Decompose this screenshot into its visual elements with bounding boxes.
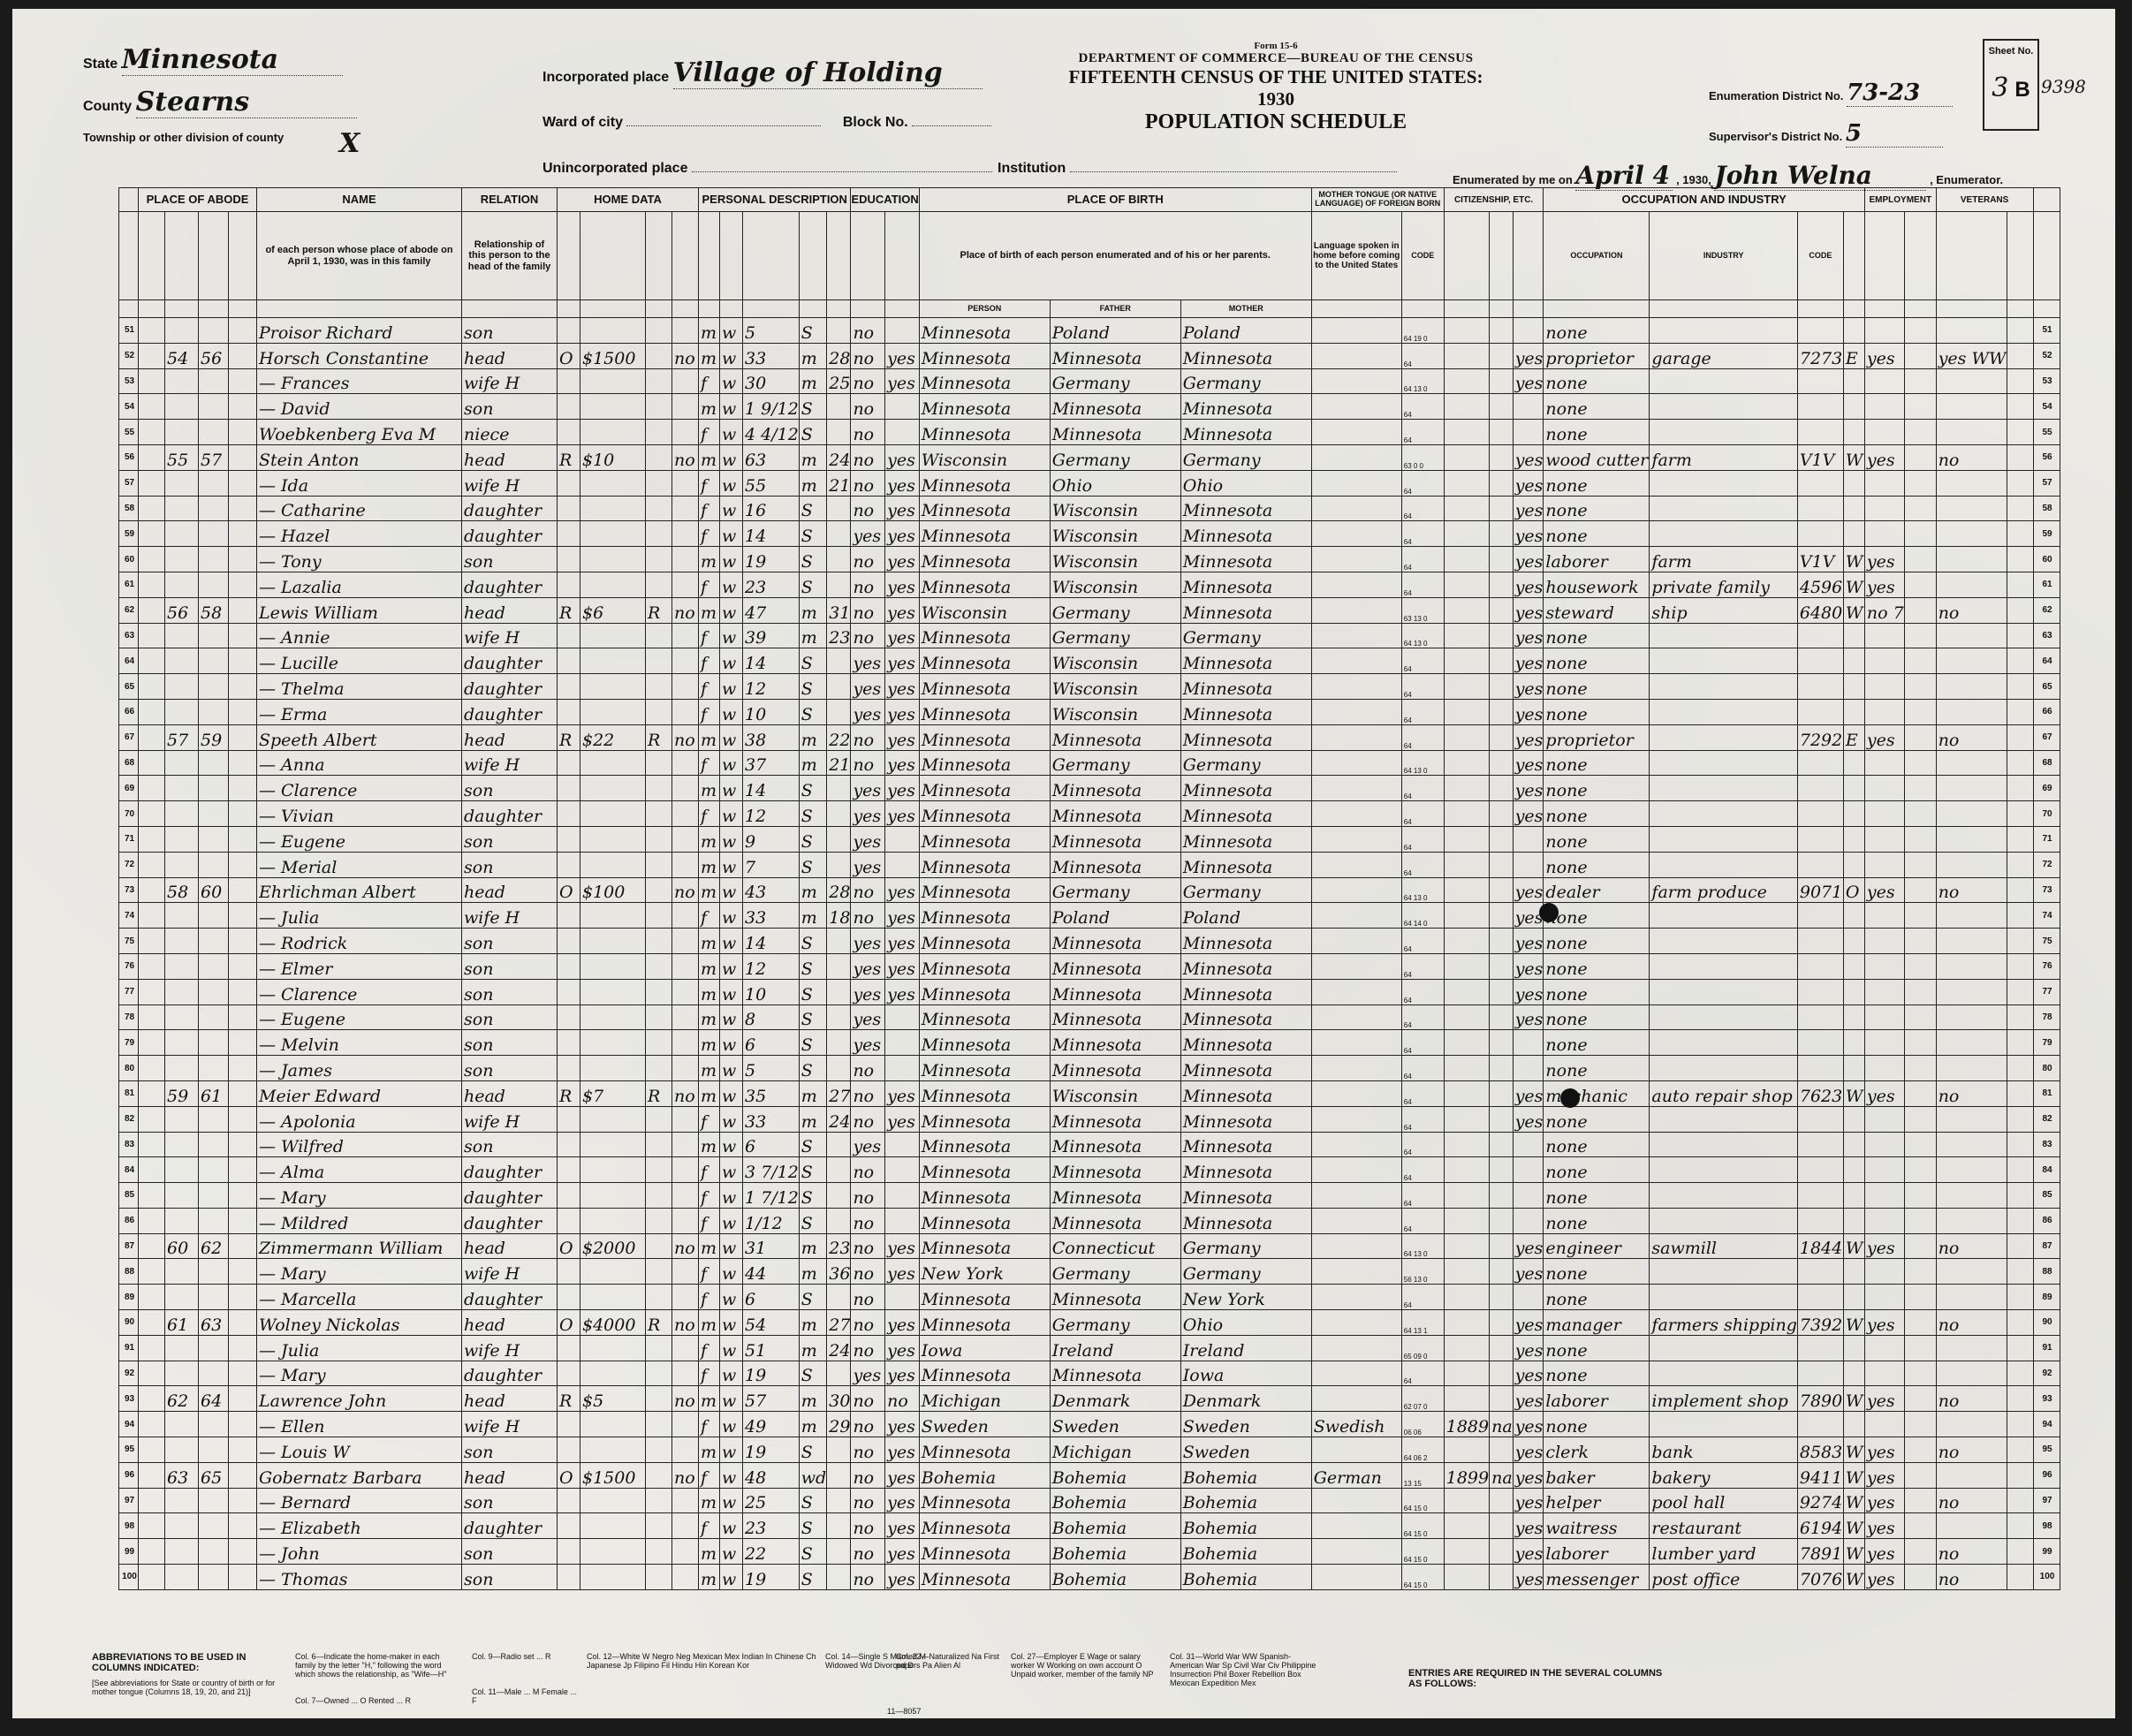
cell-sex: m xyxy=(699,953,720,979)
cell-rel: wife H xyxy=(462,1106,558,1132)
cell-occode xyxy=(1797,1412,1843,1437)
cell-dw xyxy=(165,801,199,827)
cell-nat xyxy=(1490,826,1514,852)
cell-name: — Hazel xyxy=(257,521,462,547)
cell-fam xyxy=(199,394,229,420)
cell-fam xyxy=(199,572,229,597)
cell-pob: New York xyxy=(919,1259,1050,1285)
cell-fpob: Minnesota xyxy=(1050,1157,1180,1183)
cell-nat xyxy=(1490,1437,1514,1463)
group-occupation: OCCUPATION AND INDUSTRY xyxy=(1544,188,1864,212)
cell-tongue xyxy=(1311,1233,1401,1259)
cell-dw xyxy=(165,903,199,929)
cell-mpob: Minnesota xyxy=(1180,496,1311,521)
cell-imm xyxy=(1444,343,1489,368)
cell-nat: na xyxy=(1490,1462,1514,1488)
cell-code: 64 xyxy=(1401,776,1444,801)
cell-fam: 58 xyxy=(199,597,229,623)
cell-race: w xyxy=(720,572,743,597)
cell-read: yes xyxy=(885,724,920,750)
cell-fam xyxy=(199,1004,229,1030)
cell-line: 52 xyxy=(119,343,139,368)
cell-code: 64 15 0 xyxy=(1401,1539,1444,1565)
cell-mar: m xyxy=(799,1386,826,1412)
cell-cls: W xyxy=(1843,1565,1864,1590)
cell-imm xyxy=(1444,1310,1489,1336)
cell-val: $10 xyxy=(580,444,646,470)
cell-age: 10 xyxy=(743,979,800,1004)
ed-label: Enumeration District No. xyxy=(1709,89,1843,102)
cell-dw xyxy=(165,496,199,521)
census-table: PLACE OF ABODE NAME RELATION HOME DATA P… xyxy=(118,187,2060,1590)
cell-dw: 55 xyxy=(165,444,199,470)
cell-line: 55 xyxy=(119,420,139,445)
cell-code: 64 xyxy=(1401,1208,1444,1233)
cell-pob: Sweden xyxy=(919,1412,1050,1437)
cell-empty xyxy=(2007,699,2033,724)
cell-vet xyxy=(1936,1285,2007,1310)
enumerated-label: Enumerated by me on xyxy=(1453,173,1573,186)
cell-sex: f xyxy=(699,470,720,496)
cell-tongue xyxy=(1311,1208,1401,1233)
cell-work xyxy=(1864,1004,1904,1030)
cell-age: 54 xyxy=(743,1310,800,1336)
cell-empty xyxy=(229,674,257,700)
cell-age: 6 xyxy=(743,1132,800,1157)
cell-pob: Minnesota xyxy=(919,648,1050,674)
cell-race: w xyxy=(720,1233,743,1259)
cell-own: O xyxy=(558,877,580,903)
cell-tongue xyxy=(1311,1030,1401,1056)
cell-empty xyxy=(2007,444,2033,470)
cell-eng: yes xyxy=(1513,597,1544,623)
cell-code: 64 xyxy=(1401,1030,1444,1056)
cell-vet xyxy=(1936,826,2007,852)
cell-dw: 54 xyxy=(165,343,199,368)
cell-imm xyxy=(1444,496,1489,521)
cell-occode xyxy=(1797,368,1843,394)
cell-sch: no xyxy=(851,572,885,597)
cell-race: w xyxy=(720,801,743,827)
cell-sch: no xyxy=(851,1106,885,1132)
cell-vet: no xyxy=(1936,724,2007,750)
cell-pob: Minnesota xyxy=(919,724,1050,750)
cell-empty xyxy=(139,1565,165,1590)
cell-age: 39 xyxy=(743,623,800,648)
cell-fpob: Minnesota xyxy=(1050,1106,1180,1132)
cell-occode xyxy=(1797,1285,1843,1310)
cell-vet: no xyxy=(1936,1233,2007,1259)
cell-imm xyxy=(1444,929,1489,954)
cell-sch: yes xyxy=(851,521,885,547)
cell-val xyxy=(580,1361,646,1386)
cell-empty xyxy=(229,521,257,547)
cell-cls xyxy=(1843,826,1864,852)
cell-sex: m xyxy=(699,1030,720,1056)
cell-read: yes xyxy=(885,1080,920,1106)
cell-occ: none xyxy=(1544,852,1650,877)
cell-dw xyxy=(165,470,199,496)
cell-age: 14 xyxy=(743,648,800,674)
cell-imm xyxy=(1444,547,1489,572)
cell-ind xyxy=(1650,852,1797,877)
cell-agem xyxy=(827,1565,851,1590)
cell-agem: 22 xyxy=(827,724,851,750)
cell-occode: 9274 xyxy=(1797,1488,1843,1513)
cell-code: 64 14 0 xyxy=(1401,903,1444,929)
cell-eng: yes xyxy=(1513,547,1544,572)
cell-occ: helper xyxy=(1544,1488,1650,1513)
cell-line: 54 xyxy=(2033,394,2060,420)
cell-empty xyxy=(229,1030,257,1056)
cell-line: 81 xyxy=(2033,1080,2060,1106)
ward-label: Ward of city xyxy=(542,115,623,130)
cell-eng: yes xyxy=(1513,648,1544,674)
cell-mpob: Minnesota xyxy=(1180,572,1311,597)
cell-tongue xyxy=(1311,1488,1401,1513)
cell-race: w xyxy=(720,1056,743,1081)
cell-vet xyxy=(1936,1056,2007,1081)
cell-read: yes xyxy=(885,1310,920,1336)
cell-code: 64 13 1 xyxy=(1401,1310,1444,1336)
cell-rel: daughter xyxy=(462,1157,558,1183)
cell-fam xyxy=(199,929,229,954)
cell-empty xyxy=(2007,776,2033,801)
cell-code: 64 xyxy=(1401,572,1444,597)
cell-empty xyxy=(2007,953,2033,979)
cell-tongue xyxy=(1311,801,1401,827)
cell-code: 64 xyxy=(1401,979,1444,1004)
cell-work xyxy=(1864,368,1904,394)
cell-work: yes xyxy=(1864,444,1904,470)
cell-own: R xyxy=(558,444,580,470)
cell-sch: yes xyxy=(851,979,885,1004)
cell-pob: Minnesota xyxy=(919,1183,1050,1209)
cell-nat xyxy=(1490,903,1514,929)
cell-radio xyxy=(646,1208,672,1233)
cell-code: 64 xyxy=(1401,521,1444,547)
cell-own xyxy=(558,648,580,674)
cell-farm xyxy=(672,1412,699,1437)
cell-sch: no xyxy=(851,1183,885,1209)
cell-fpob: Wisconsin xyxy=(1050,572,1180,597)
cell-nat xyxy=(1490,724,1514,750)
unincorporated-field: Unincorporated place xyxy=(542,161,992,177)
cell-cls xyxy=(1843,801,1864,827)
cell-race: w xyxy=(720,420,743,445)
cell-line: 67 xyxy=(2033,724,2060,750)
table-row: 66— Ermadaughterfw10SyesyesMinnesotaWisc… xyxy=(119,699,2060,724)
cell-name: — Apolonia xyxy=(257,1106,462,1132)
cell-code: 64 xyxy=(1401,1056,1444,1081)
cell-work xyxy=(1864,496,1904,521)
cell-ind xyxy=(1650,394,1797,420)
cell-tongue xyxy=(1311,597,1401,623)
cell-occode: 7076 xyxy=(1797,1565,1843,1590)
cell-val xyxy=(580,1412,646,1437)
cell-fpob: Minnesota xyxy=(1050,1285,1180,1310)
cell-work: yes xyxy=(1864,1539,1904,1565)
cell-empty xyxy=(1904,1285,1936,1310)
cell-fpob: Poland xyxy=(1050,318,1180,344)
cell-name: — Eugene xyxy=(257,1004,462,1030)
cell-race: w xyxy=(720,903,743,929)
cell-dw xyxy=(165,674,199,700)
cell-age: 37 xyxy=(743,750,800,776)
cell-occode xyxy=(1797,1208,1843,1233)
cell-occode: 6480 xyxy=(1797,597,1843,623)
cell-work xyxy=(1864,1259,1904,1285)
sheet-label: Sheet No. xyxy=(1984,46,2037,57)
cell-empty xyxy=(139,1157,165,1183)
cell-radio xyxy=(646,318,672,344)
cell-occ: none xyxy=(1544,1183,1650,1209)
ward-value xyxy=(626,125,821,126)
cell-own xyxy=(558,1030,580,1056)
cell-dw: 57 xyxy=(165,724,199,750)
cell-ind: bank xyxy=(1650,1437,1797,1463)
cell-age: 19 xyxy=(743,547,800,572)
cell-mar: S xyxy=(799,1183,826,1209)
table-row: 675759Speeth AlbertheadR$22Rnomw38m22noy… xyxy=(119,724,2060,750)
cell-ind xyxy=(1650,368,1797,394)
cell-empty xyxy=(229,953,257,979)
cell-pob: Minnesota xyxy=(919,1539,1050,1565)
cell-empty xyxy=(2007,1004,2033,1030)
cell-cls xyxy=(1843,1285,1864,1310)
cell-empty xyxy=(229,420,257,445)
cell-tongue xyxy=(1311,648,1401,674)
table-row: 91— Juliawife Hfw51m24noyesIowaIrelandIr… xyxy=(119,1335,2060,1361)
cell-farm xyxy=(672,1157,699,1183)
cell-empty xyxy=(2007,674,2033,700)
cell-line: 51 xyxy=(119,318,139,344)
cell-fpob: Minnesota xyxy=(1050,826,1180,852)
cell-agem: 29 xyxy=(827,1412,851,1437)
group-mother-tongue: MOTHER TONGUE (OR NATIVE LANGUAGE) OF FO… xyxy=(1311,188,1444,212)
cell-agem xyxy=(827,394,851,420)
cell-agem xyxy=(827,318,851,344)
township-label: Township or other division of county xyxy=(83,131,286,144)
cell-val xyxy=(580,368,646,394)
cell-sex: f xyxy=(699,699,720,724)
cell-mpob: Minnesota xyxy=(1180,724,1311,750)
cell-own xyxy=(558,318,580,344)
cell-agem xyxy=(827,1056,851,1081)
cell-line: 63 xyxy=(2033,623,2060,648)
cell-mar: S xyxy=(799,1437,826,1463)
cell-race: w xyxy=(720,496,743,521)
cell-work xyxy=(1864,318,1904,344)
cell-farm: no xyxy=(672,1386,699,1412)
cell-pob: Wisconsin xyxy=(919,444,1050,470)
cell-empty xyxy=(1904,1386,1936,1412)
col22-note: Col. 22—Naturalized Na First papers Pa A… xyxy=(896,1652,1002,1670)
cell-val xyxy=(580,1335,646,1361)
cell-empty xyxy=(139,750,165,776)
cell-race: w xyxy=(720,1335,743,1361)
cell-empty xyxy=(229,394,257,420)
cell-imm: 1889 xyxy=(1444,1412,1489,1437)
cell-line: 97 xyxy=(2033,1488,2060,1513)
cell-rel: son xyxy=(462,826,558,852)
cell-cls xyxy=(1843,420,1864,445)
cell-ind xyxy=(1650,1030,1797,1056)
cell-line: 57 xyxy=(2033,470,2060,496)
cell-occ: none xyxy=(1544,1106,1650,1132)
cell-line: 99 xyxy=(2033,1539,2060,1565)
cell-nat xyxy=(1490,1183,1514,1209)
cell-read xyxy=(885,1132,920,1157)
cell-empty xyxy=(2007,496,2033,521)
cell-empty xyxy=(229,648,257,674)
cell-empty xyxy=(139,953,165,979)
cell-dw: 60 xyxy=(165,1233,199,1259)
cell-mar: S xyxy=(799,1157,826,1183)
cell-line: 76 xyxy=(2033,953,2060,979)
cell-occ: messenger xyxy=(1544,1565,1650,1590)
cell-pob: Minnesota xyxy=(919,1157,1050,1183)
cell-mar: m xyxy=(799,1106,826,1132)
cell-agem xyxy=(827,801,851,827)
cell-read xyxy=(885,852,920,877)
cell-rel: wife H xyxy=(462,470,558,496)
cell-age: 33 xyxy=(743,343,800,368)
farm-schedule-col xyxy=(2033,188,2060,212)
cell-empty xyxy=(229,1412,257,1437)
cell-line: 88 xyxy=(119,1259,139,1285)
cell-empty xyxy=(139,776,165,801)
cell-imm xyxy=(1444,1183,1489,1209)
cell-agem: 31 xyxy=(827,597,851,623)
cell-own xyxy=(558,1183,580,1209)
cell-line: 88 xyxy=(2033,1259,2060,1285)
cell-race: w xyxy=(720,547,743,572)
state-value: Minnesota xyxy=(122,44,343,76)
cell-empty xyxy=(2007,1157,2033,1183)
cell-pob: Wisconsin xyxy=(919,597,1050,623)
cell-occode: 4596 xyxy=(1797,572,1843,597)
cell-ind xyxy=(1650,750,1797,776)
cell-race: w xyxy=(720,470,743,496)
cell-eng: yes xyxy=(1513,1437,1544,1463)
cell-empty xyxy=(2007,521,2033,547)
cell-line: 98 xyxy=(119,1513,139,1539)
cell-nat xyxy=(1490,953,1514,979)
cell-sch: no xyxy=(851,318,885,344)
cell-imm xyxy=(1444,521,1489,547)
cell-rel: wife H xyxy=(462,1259,558,1285)
col6-note: Col. 6—Indicate the home-maker in each f… xyxy=(295,1652,454,1679)
enumerator-name: John Welna xyxy=(1714,161,1926,191)
cell-line: 78 xyxy=(119,1004,139,1030)
cell-pob: Minnesota xyxy=(919,674,1050,700)
cell-read: yes xyxy=(885,1335,920,1361)
cell-work: yes xyxy=(1864,547,1904,572)
cell-tongue xyxy=(1311,1132,1401,1157)
cell-race: w xyxy=(720,979,743,1004)
mother-subheader: MOTHER xyxy=(1180,300,1311,318)
cell-sex: m xyxy=(699,852,720,877)
table-row: 68— Annawife Hfw37m21noyesMinnesotaGerma… xyxy=(119,750,2060,776)
cell-fpob: Minnesota xyxy=(1050,953,1180,979)
cell-age: 49 xyxy=(743,1412,800,1437)
cell-rel: son xyxy=(462,776,558,801)
cell-tongue xyxy=(1311,394,1401,420)
table-row: 76— Elmersonmw12SyesyesMinnesotaMinnesot… xyxy=(119,953,2060,979)
cell-empty xyxy=(2007,1437,2033,1463)
cell-line: 86 xyxy=(2033,1208,2060,1233)
cell-pob: Minnesota xyxy=(919,572,1050,597)
cell-cls xyxy=(1843,1361,1864,1386)
cell-agem xyxy=(827,1004,851,1030)
cell-farm xyxy=(672,929,699,954)
cell-code: 64 13 0 xyxy=(1401,1233,1444,1259)
cell-tongue xyxy=(1311,1335,1401,1361)
cell-imm xyxy=(1444,648,1489,674)
cell-line: 87 xyxy=(119,1233,139,1259)
cell-dw: 59 xyxy=(165,1080,199,1106)
cell-fam: 65 xyxy=(199,1462,229,1488)
cell-eng xyxy=(1513,420,1544,445)
cell-mar: S xyxy=(799,1565,826,1590)
cell-sex: f xyxy=(699,1259,720,1285)
cell-race: w xyxy=(720,852,743,877)
cell-nat xyxy=(1490,318,1514,344)
cell-sex: f xyxy=(699,1513,720,1539)
cell-name: Proisor Richard xyxy=(257,318,462,344)
cell-name: — Frances xyxy=(257,368,462,394)
cell-agem xyxy=(827,1437,851,1463)
cell-vet xyxy=(1936,674,2007,700)
cell-radio xyxy=(646,496,672,521)
cell-agem: 27 xyxy=(827,1080,851,1106)
cell-nat xyxy=(1490,444,1514,470)
cell-cls xyxy=(1843,1056,1864,1081)
cell-fam xyxy=(199,776,229,801)
cell-empty xyxy=(1904,953,1936,979)
cell-age: 30 xyxy=(743,368,800,394)
cell-cls: E xyxy=(1843,343,1864,368)
cell-rel: daughter xyxy=(462,496,558,521)
cell-line: 53 xyxy=(119,368,139,394)
cell-eng xyxy=(1513,318,1544,344)
cell-fam: 60 xyxy=(199,877,229,903)
cell-radio xyxy=(646,1335,672,1361)
cell-dw xyxy=(165,521,199,547)
cell-code: 64 xyxy=(1401,1361,1444,1386)
cell-rel: son xyxy=(462,1565,558,1590)
cell-cls: W xyxy=(1843,1462,1864,1488)
cell-pob: Minnesota xyxy=(919,1437,1050,1463)
cell-pob: Minnesota xyxy=(919,1285,1050,1310)
cell-fam xyxy=(199,1259,229,1285)
cell-fam xyxy=(199,1056,229,1081)
table-row: 966365Gobernatz BarbaraheadO$1500nofw48w… xyxy=(119,1462,2060,1488)
line-col-header xyxy=(119,188,139,212)
cell-own xyxy=(558,1412,580,1437)
cell-empty xyxy=(1904,1565,1936,1590)
table-row: 55Woebkenberg Eva Mniecefw4 4/12SnoMinne… xyxy=(119,420,2060,445)
cell-eng: yes xyxy=(1513,724,1544,750)
cell-empty xyxy=(1904,623,1936,648)
cell-fpob: Bohemia xyxy=(1050,1539,1180,1565)
cell-farm xyxy=(672,623,699,648)
cell-read: yes xyxy=(885,521,920,547)
cell-fpob: Minnesota xyxy=(1050,929,1180,954)
cell-sch: no xyxy=(851,1080,885,1106)
cell-fam xyxy=(199,1030,229,1056)
